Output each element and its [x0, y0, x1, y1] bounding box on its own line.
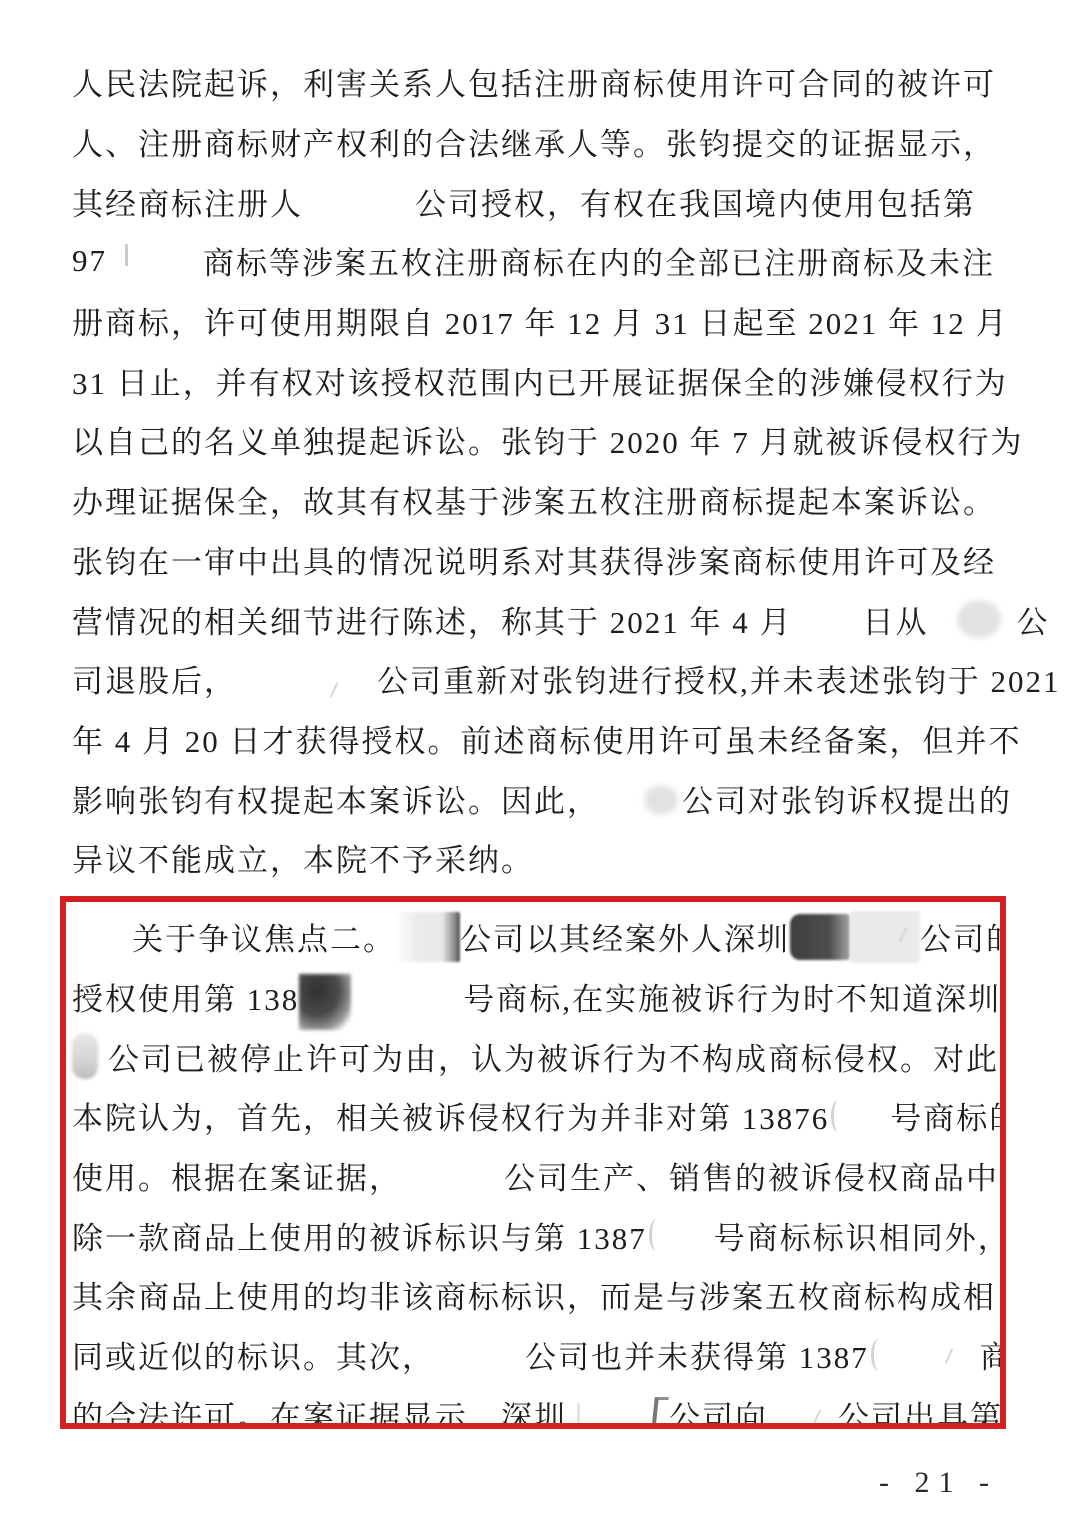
line-text: 公司以其经案外人深圳 [460, 914, 790, 959]
redaction-smudge [644, 785, 678, 815]
redaction-gap [929, 594, 1017, 644]
line-text: 关于争议焦点二。 [132, 914, 396, 959]
line-text: 本院认为，首先，相关被诉侵权行为并非对第 13876 [72, 1093, 829, 1138]
redaction-blob-light [72, 1033, 98, 1079]
highlighted-text-line: 同或近似的标识。其次， 公司也并未获得第 1387 商标 [72, 1325, 1000, 1385]
line-text: 号商标的 [890, 1093, 1006, 1138]
redaction-gap [768, 1389, 838, 1429]
line-text: 册商标，许可使用期限自 2017 年 12 月 31 日起至 2021 年 12… [72, 298, 1009, 343]
text-line: 31 日止，并有权对该授权范围内已开展证据保全的涉嫌侵权行为 [72, 350, 1016, 410]
highlighted-text-line: 其余商品上使用的均非该商标标识，而是与涉案五枚商标构成相 [72, 1265, 1000, 1325]
text-line: 办理证据保全，故其有权基于涉案五枚注册商标提起本案诉讼。 [72, 470, 1016, 530]
line-text: 公司生产、销售的被诉侵权商品中， [504, 1153, 1006, 1198]
line-text: 号商标标识相同外， [714, 1213, 1006, 1258]
redaction-gap [435, 1330, 525, 1380]
redaction-gap [600, 773, 682, 823]
line-text: 人民法院起诉，利害关系人包括注册商标使用许可合同的被许可 [72, 59, 996, 104]
text-line: 册商标，许可使用期限自 2017 年 12 月 31 日起至 2021 年 12… [72, 291, 1016, 351]
partial-glyph-artifact [651, 1397, 669, 1429]
line-text: 商标 [980, 1332, 1006, 1377]
partial-glyph-artifact [577, 1403, 580, 1425]
redaction-smudge [957, 600, 1001, 638]
partial-glyph-artifact [330, 682, 339, 697]
line-text: 日从 [863, 597, 929, 642]
redaction-gap [107, 236, 203, 286]
paragraph-indent [72, 912, 132, 962]
text-line: 营情况的相关细节进行陈述，称其于 2021 年 4 月 日从 公 [72, 589, 1016, 649]
line-text: 公司出具第 [838, 1392, 1003, 1429]
highlighted-text-line: 的合法许可。在案证据显示，深圳 公司向 公司出具第 [72, 1385, 1000, 1430]
line-text: 公司向 [669, 1392, 768, 1429]
text-line: 其经商标注册人 公司授权，有权在我国境内使用包括第 [72, 171, 1016, 231]
partial-glyph-artifact [125, 244, 128, 266]
line-text: 其经商标注册人 [72, 179, 303, 224]
line-text: 以自己的名义单独提起诉讼。张钧于 2020 年 7 月就被诉侵权行为 [72, 417, 1024, 462]
redaction-gap [888, 1330, 980, 1380]
text-line: 人、注册商标财产权利的合法继承人等。张钧提交的证据显示， [72, 112, 1016, 172]
highlight-box: 关于争议焦点二。 公司以其经案外人深圳 公司的 授权使用第 138 号商标,在实… [60, 896, 1006, 1429]
text-line: 影响张钧有权提起本案诉讼。因此， 公司对张钧诉权提出的 [72, 768, 1016, 828]
highlighted-text-line: 本院认为，首先，相关被诉侵权行为并非对第 13876 号商标的 [72, 1086, 1000, 1146]
text-line: 人民法院起诉，利害关系人包括注册商标使用许可合同的被许可 [72, 52, 1016, 112]
text-line: 97 商标等涉案五枚注册商标在内的全部已注册商标及未注 [72, 231, 1016, 291]
text-line: 年 4 月 20 日才获得授权。前述商标使用许可虽未经备案，但并不 [72, 709, 1016, 769]
redaction-gap [351, 972, 463, 1022]
line-text: 的合法许可。在案证据显示，深圳 [72, 1392, 567, 1429]
highlighted-text-line: 公司已被停止许可为由，认为被诉行为不构成商标侵权。对此， [72, 1026, 1000, 1086]
text-line: 异议不能成立，本院不予采纳。 [72, 828, 1016, 888]
line-text: 公 [1017, 597, 1050, 642]
text-line: 以自己的名义单独提起诉讼。张钧于 2020 年 7 月就被诉侵权行为 [72, 410, 1016, 470]
partial-glyph-artifact [813, 1410, 822, 1425]
page-number: - 21 - [879, 1466, 998, 1500]
line-text: 公司也并未获得第 1387 [525, 1332, 869, 1377]
highlighted-text-line: 除一款商品上使用的被诉标识与第 1387 号商标标识相同外， [72, 1205, 1000, 1265]
partial-glyph-artifact [944, 1348, 953, 1363]
line-text: 97 [72, 243, 107, 279]
partial-glyph-artifact [831, 1100, 846, 1132]
line-text: 司退股后， [72, 656, 237, 701]
line-text: 使用。根据在案证据， [72, 1153, 402, 1198]
redaction-gap [237, 654, 377, 704]
redaction-gap [848, 1091, 890, 1141]
redaction-gap [666, 1210, 714, 1260]
line-text: 影响张钧有权提起本案诉讼。因此， [72, 776, 600, 821]
judgment-page: 人民法院起诉，利害关系人包括注册商标使用许可合同的被许可 人、注册商标财产权利的… [0, 0, 1074, 1519]
line-text: 人、注册商标财产权利的合法继承人等。张钧提交的证据显示， [72, 119, 996, 164]
highlighted-text-line: 关于争议焦点二。 公司以其经案外人深圳 公司的 [72, 907, 1000, 967]
redaction-gap [793, 594, 863, 644]
partial-glyph-artifact [649, 1219, 664, 1251]
redaction-blob-gradient [396, 912, 460, 962]
line-text: 办理证据保全，故其有权基于涉案五枚注册商标提起本案诉讼。 [72, 477, 996, 522]
line-text: 异议不能成立，本院不予采纳。 [72, 835, 534, 880]
line-text: 31 日止，并有权对该授权范围内已开展证据保全的涉嫌侵权行为 [72, 358, 1008, 403]
line-text: 同或近似的标识。其次， [72, 1332, 435, 1377]
body-text: 人民法院起诉，利害关系人包括注册商标使用许可合同的被许可 人、注册商标财产权利的… [72, 52, 1016, 888]
line-text: 授权使用第 138 [72, 974, 299, 1019]
line-text: 公司的 [920, 914, 1006, 959]
line-text: 公司已被停止许可为由，认为被诉行为不构成商标侵权。对此， [108, 1034, 1006, 1079]
redaction-gap [567, 1389, 653, 1429]
line-text: 营情况的相关细节进行陈述，称其于 2021 年 4 月 [72, 597, 793, 642]
line-text: 其余商品上使用的均非该商标标识，而是与涉案五枚商标构成相 [72, 1272, 996, 1317]
redaction-blob-dark [790, 914, 850, 960]
line-text: 年 4 月 20 日才获得授权。前述商标使用许可虽未经备案，但并不 [72, 716, 1022, 761]
line-text: 号商标,在实施被诉行为时不知道深圳 [463, 974, 1001, 1019]
highlighted-text-line: 使用。根据在案证据， 公司生产、销售的被诉侵权商品中， [72, 1146, 1000, 1206]
line-text: 商标等涉案五枚注册商标在内的全部已注册商标及未注 [203, 238, 995, 283]
text-line: 张钧在一审中出具的情况说明系对其获得涉案商标使用许可及经 [72, 530, 1016, 590]
redaction-gap [1001, 972, 1006, 1022]
line-text: 公司授权，有权在我国境内使用包括第 [415, 179, 976, 224]
partial-glyph-artifact [871, 1339, 886, 1371]
line-text: 张钧在一审中出具的情况说明系对其获得涉案商标使用许可及经 [72, 537, 996, 582]
redaction-gap [303, 176, 415, 226]
line-text: 公司对张钧诉权提出的 [682, 776, 1012, 821]
partial-glyph-artifact [899, 927, 908, 942]
redaction-gap [402, 1151, 504, 1201]
text-line: 司退股后， 公司重新对张钧进行授权,并未表述张钧于 2021 [72, 649, 1016, 709]
line-text: 除一款商品上使用的被诉标识与第 1387 [72, 1213, 647, 1258]
highlighted-text-line: 授权使用第 138 号商标,在实施被诉行为时不知道深圳 [72, 967, 1000, 1027]
redaction-blob-light [850, 911, 920, 963]
redaction-blob-dark [299, 974, 351, 1030]
line-text: 公司重新对张钧进行授权,并未表述张钧于 2021 [377, 656, 1061, 701]
